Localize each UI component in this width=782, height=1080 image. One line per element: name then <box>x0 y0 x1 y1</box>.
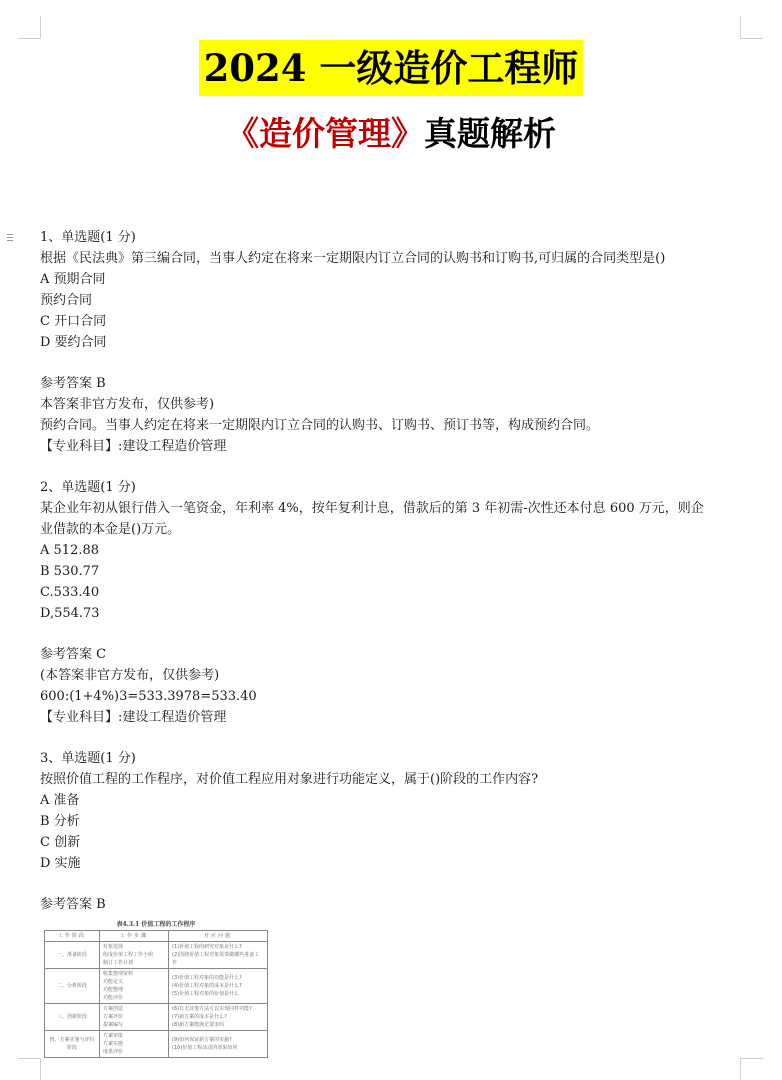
page-corner-mark-bottom-right <box>740 1058 763 1080</box>
document-title-block: 2024 一级造价工程师 <box>0 40 782 96</box>
option: C.533.40 <box>40 582 740 603</box>
column-header: 工作阶段 <box>45 931 100 942</box>
explanation-line: 预约合同。当事人约定在将来一定期限内订立合同的认购书、订购书、预订书等，构成预约… <box>40 415 740 436</box>
questions-cell: (1)价值工程的研究对象是什么? (2)围绕价值工程对象需要做哪些准备工作 <box>169 942 268 969</box>
steps-cell: 方案创造 方案评价 提案编写 <box>100 1004 169 1031</box>
subtitle-subject: 《造价管理》 <box>226 114 424 153</box>
question-heading: 3、单选题(1 分) <box>40 748 740 769</box>
step: 成果评价 <box>103 1048 165 1056</box>
page-corner-mark-top-right <box>740 16 763 39</box>
figure-caption: 表4.3.1 价值工程的工作程序 <box>44 920 268 930</box>
question: (1)价值工程的研究对象是什么? <box>172 943 264 951</box>
column-header: 对应问题 <box>169 931 268 942</box>
question: (7)新方案的成本是什么? <box>172 1013 264 1021</box>
answer: 参考答案 B <box>40 373 740 394</box>
steps-cell: 方案审批 方案实施 成果评价 <box>100 1031 169 1058</box>
option: C 开口合同 <box>40 311 740 332</box>
question-stem: 业借款的本金是()万元。 <box>40 519 740 540</box>
option: A 预期合同 <box>40 269 740 290</box>
option: B 分析 <box>40 811 740 832</box>
step: 方案实施 <box>103 1040 165 1048</box>
answer: 参考答案 B <box>40 894 740 915</box>
subject-tag: 【专业科目】:建设工程造价管理 <box>40 707 740 728</box>
option: A 准备 <box>40 790 740 811</box>
step: 收集整理资料 <box>103 970 165 978</box>
paragraph-drag-handle-icon[interactable] <box>7 234 13 242</box>
explanation-line: 600:(1+4%)3=533.3978=533.40 <box>40 686 740 707</box>
step: 功能评价 <box>103 994 165 1002</box>
questions-cell: (9)如何保证新方案的实施? (10)价值工程活动的效果如何 <box>169 1031 268 1058</box>
option: D 要约合同 <box>40 332 740 353</box>
explanation-line: 本答案非官方发布，仅供参考) <box>40 394 740 415</box>
question-stem: 根据《民法典》第三编合同，当事人约定在将来一定期限内订立合同的认购书和订购书,可… <box>40 248 740 269</box>
question-3: 3、单选题(1 分) 按照价值工程的工作程序，对价值工程应用对象进行功能定义，属… <box>40 748 740 915</box>
step: 提案编写 <box>103 1021 165 1029</box>
table-row: 一、准备阶段 对象选择 组成价值工程工作小组 制订工作计划 (1)价值工程的研究… <box>45 942 268 969</box>
question: (5)价值工程对象的价值是什么 <box>172 990 264 998</box>
value-engineering-table-figure: 表4.3.1 价值工程的工作程序 工作阶段 工作步骤 对应问题 一、准备阶段 对… <box>44 920 268 1058</box>
answer: 参考答案 C <box>40 644 740 665</box>
question-heading: 2、单选题(1 分) <box>40 477 740 498</box>
subject-tag: 【专业科目】:建设工程造价管理 <box>40 436 740 457</box>
question: (2)围绕价值工程对象需要做哪些准备工作 <box>172 951 264 967</box>
steps-cell: 对象选择 组成价值工程工作小组 制订工作计划 <box>100 942 169 969</box>
step: 方案评价 <box>103 1013 165 1021</box>
option: C 创新 <box>40 832 740 853</box>
steps-cell: 收集整理资料 功能定义 功能整理 功能评价 <box>100 969 169 1004</box>
stage-cell: 二、分析阶段 <box>45 969 100 1004</box>
question-2: 2、单选题(1 分) 某企业年初从银行借入一笔资金，年利率 4%，按年复利计息，… <box>40 477 740 728</box>
document-body: 1、单选题(1 分) 根据《民法典》第三编合同，当事人约定在将来一定期限内订立合… <box>40 227 740 915</box>
question-1: 1、单选题(1 分) 根据《民法典》第三编合同，当事人约定在将来一定期限内订立合… <box>40 227 740 457</box>
table-header-row: 工作阶段 工作步骤 对应问题 <box>45 931 268 942</box>
question-stem: 按照价值工程的工作程序，对价值工程应用对象进行功能定义，属于()阶段的工作内容? <box>40 769 740 790</box>
question: (8)新方案能满足要求吗 <box>172 1021 264 1029</box>
step: 方案创造 <box>103 1005 165 1013</box>
question: (6)有无其他方法可以实现同样功能? <box>172 1005 264 1013</box>
step: 功能定义 <box>103 978 165 986</box>
question-heading: 1、单选题(1 分) <box>40 227 740 248</box>
question: (4)价值工程对象的成本是什么? <box>172 982 264 990</box>
option: B 530.77 <box>40 561 740 582</box>
table-row: 四、方案实施与评价阶段 方案审批 方案实施 成果评价 (9)如何保证新方案的实施… <box>45 1031 268 1058</box>
page-corner-mark-top-left <box>18 16 41 39</box>
option: 预约合同 <box>40 290 740 311</box>
table-row: 三、创新阶段 方案创造 方案评价 提案编写 (6)有无其他方法可以实现同样功能?… <box>45 1004 268 1031</box>
step: 功能整理 <box>103 986 165 994</box>
questions-cell: (6)有无其他方法可以实现同样功能? (7)新方案的成本是什么? (8)新方案能… <box>169 1004 268 1031</box>
page-corner-mark-bottom-left <box>18 1058 41 1080</box>
questions-cell: (3)价值工程对象的功能是什么? (4)价值工程对象的成本是什么? (5)价值工… <box>169 969 268 1004</box>
stage-cell: 四、方案实施与评价阶段 <box>45 1031 100 1058</box>
stage-cell: 三、创新阶段 <box>45 1004 100 1031</box>
document-subtitle: 《造价管理》真题解析 <box>0 110 782 158</box>
step: 组成价值工程工作小组 <box>103 951 165 959</box>
value-engineering-table: 工作阶段 工作步骤 对应问题 一、准备阶段 对象选择 组成价值工程工作小组 制订… <box>44 930 268 1058</box>
step: 方案审批 <box>103 1032 165 1040</box>
question: (10)价值工程活动的效果如何 <box>172 1044 264 1052</box>
table-row: 二、分析阶段 收集整理资料 功能定义 功能整理 功能评价 (3)价值工程对象的功… <box>45 969 268 1004</box>
question: (3)价值工程对象的功能是什么? <box>172 974 264 982</box>
option: D 实施 <box>40 853 740 874</box>
step: 对象选择 <box>103 943 165 951</box>
explanation-line: (本答案非官方发布，仅供参考) <box>40 665 740 686</box>
question: (9)如何保证新方案的实施? <box>172 1036 264 1044</box>
column-header: 工作步骤 <box>100 931 169 942</box>
stage-cell: 一、准备阶段 <box>45 942 100 969</box>
subtitle-label: 真题解析 <box>424 114 556 153</box>
option: A 512.88 <box>40 540 740 561</box>
question-stem: 某企业年初从银行借入一笔资金，年利率 4%，按年复利计息，借款后的第 3 年初需… <box>40 498 740 519</box>
step: 制订工作计划 <box>103 959 165 967</box>
option: D,554.73 <box>40 603 740 624</box>
document-title: 2024 一级造价工程师 <box>199 40 584 96</box>
